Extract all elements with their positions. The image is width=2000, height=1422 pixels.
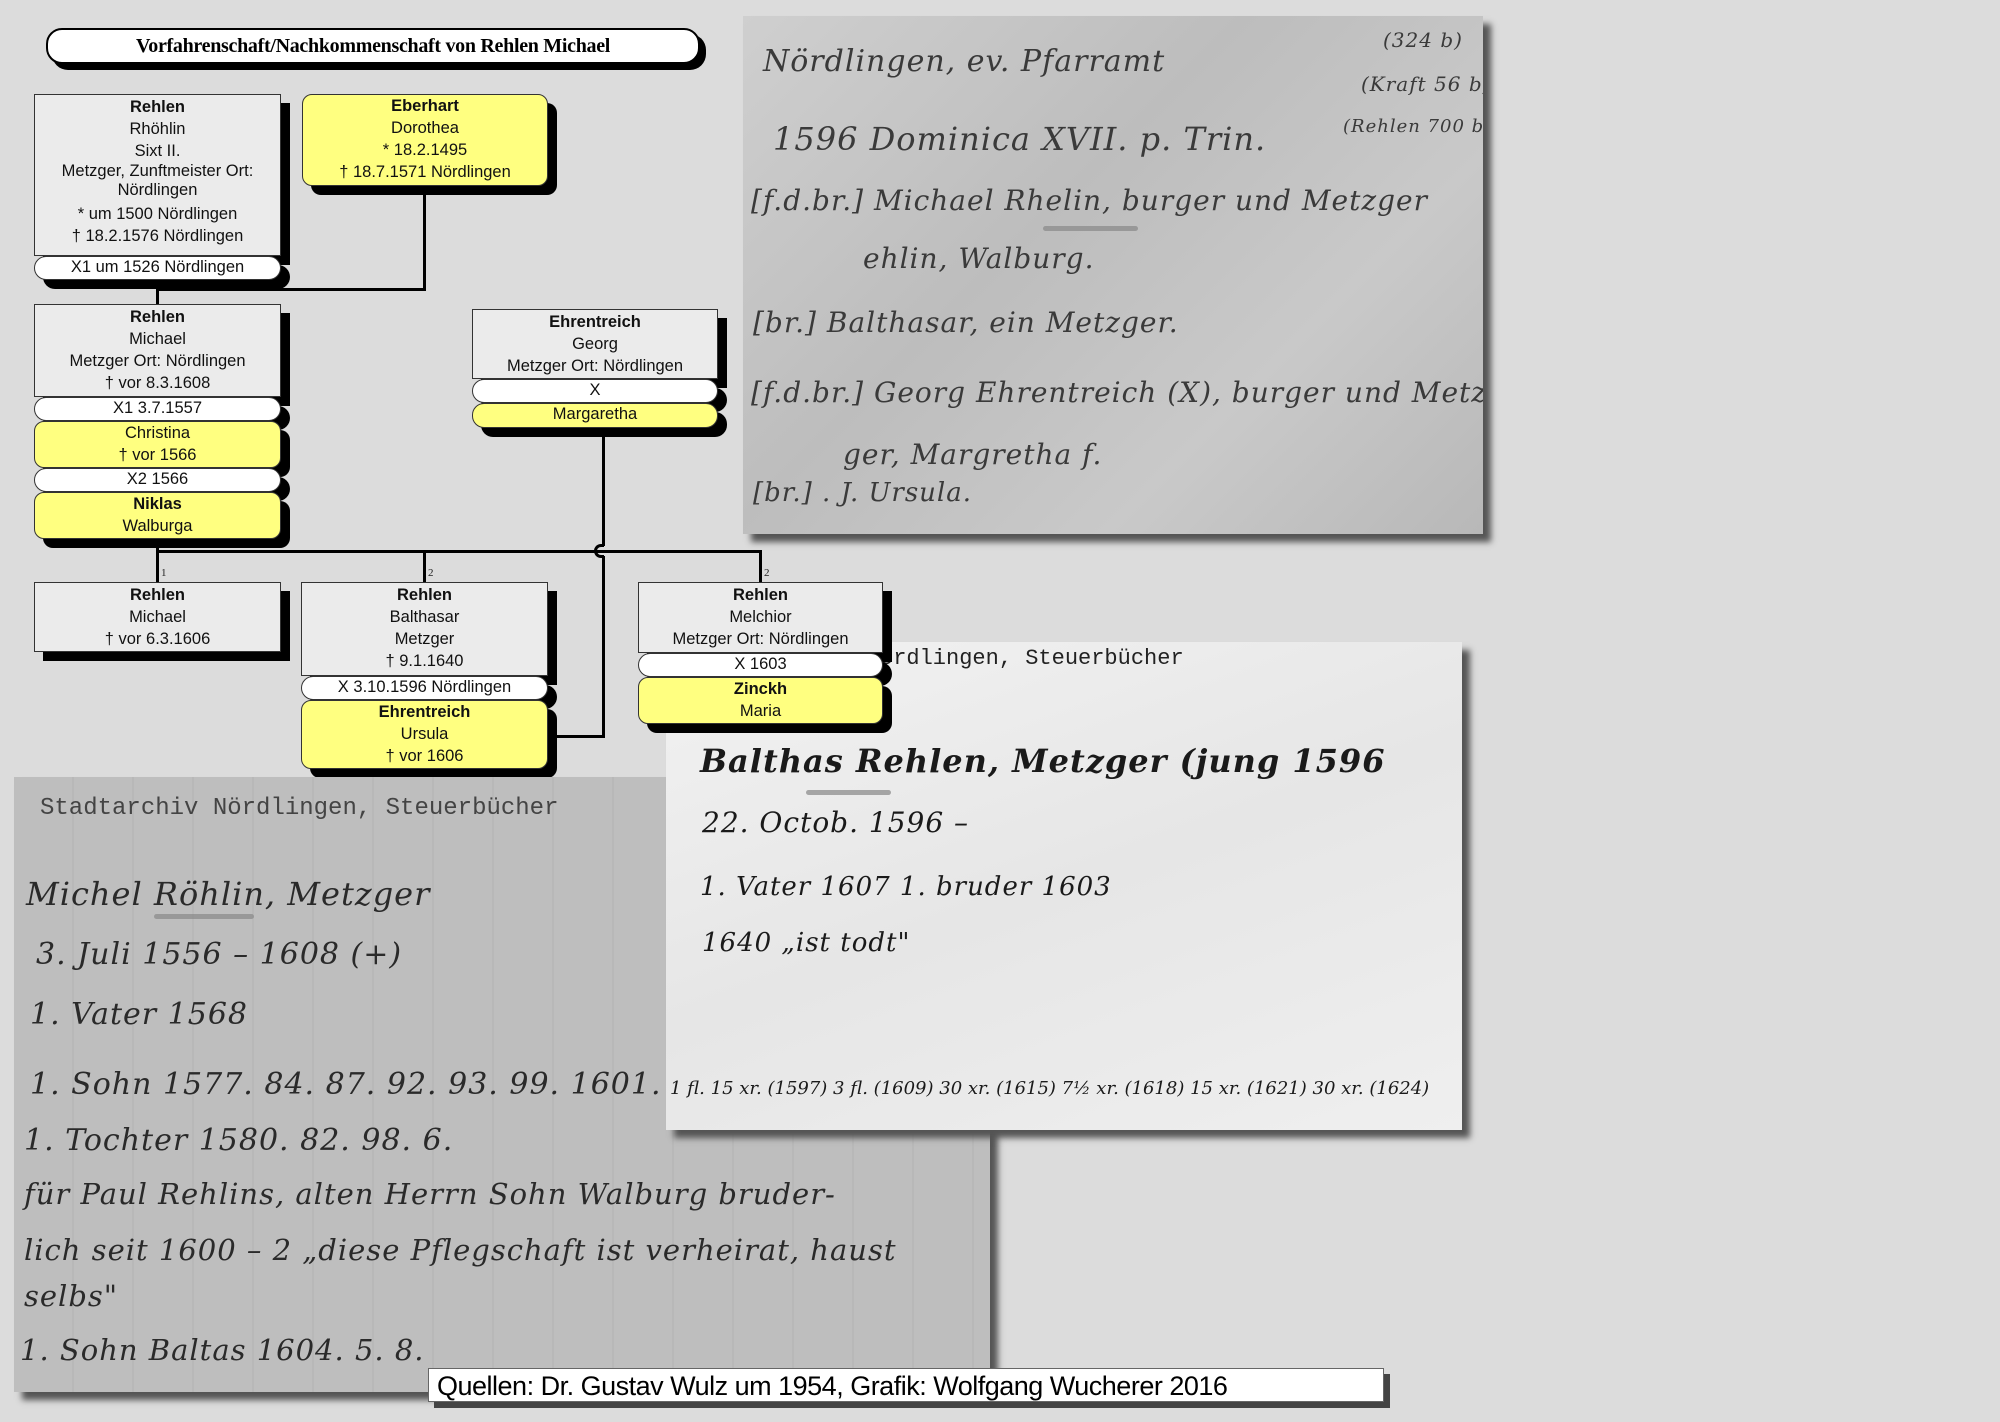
sibling-line [156,550,761,553]
birth-date: * um 1500 Nördlingen [35,203,280,225]
surname: Rehlen [302,584,547,606]
occupation: Metzger Ort: Nördlingen [35,350,280,372]
doc-line: [br.] . J. Ursula. [753,478,972,508]
connector-line [156,288,426,291]
surname: Ehrentreich [302,701,547,723]
given-name: Ursula [302,723,547,745]
doc-line: 1. Vater 1607 1. bruder 1603 [700,872,1112,902]
doc-line: 22. Octob. 1596 – [702,806,969,839]
marriage-badge: X1 um 1526 Nördlingen [34,256,281,280]
birth-date: * 18.2.1495 [303,139,547,161]
marriage-badge: X 3.10.1596 Nördlingen [301,676,548,700]
connector-line [602,428,605,546]
connector-line [548,735,605,738]
marriage-badge: X1 3.7.1557 [34,397,281,421]
child-number: 2 [764,567,770,579]
death-date: † vor 8.3.1608 [35,372,280,394]
underline-mark [1043,226,1138,231]
person-detail: Sixt II. [35,140,280,162]
given-name: Michael [35,328,280,350]
doc-footer-line: 1 fl. 15 xr. (1597) 3 fl. (1609) 30 xr. … [670,1078,1429,1099]
given-name: Walburga [35,515,280,537]
death-date: † 18.7.1571 Nördlingen [303,161,547,183]
person-card-main[interactable]: Rehlen Michael Metzger Ort: Nördlingen †… [34,304,281,397]
spouse-card-ursula[interactable]: Ehrentreich Ursula † vor 1606 [301,700,548,769]
doc-line: ger, Margretha f. [843,438,1102,471]
given-name: Rhöhlin [35,118,280,140]
person-card-child-balthasar[interactable]: Rehlen Balthasar Metzger † 9.1.1640 [301,582,548,676]
document-scan-parish-register: Nördlingen, ev. Pfarramt (324 b) (Kraft … [743,16,1483,534]
doc-line: 1596 Dominica XVII. p. Trin. [773,120,1266,158]
person-card-ehrentreich-georg[interactable]: Ehrentreich Georg Metzger Ort: Nördlinge… [472,309,718,379]
occupation: Metzger Ort: Nördlingen [639,628,882,650]
connector-line [423,186,426,291]
connector-line [156,539,159,582]
doc-reference: (324 b) [1383,28,1463,52]
doc-line: ehlin, Walburg. [863,242,1095,275]
given-name: Dorothea [303,117,547,139]
occupation: Metzger [302,628,547,650]
spouse-card-maria[interactable]: Zinckh Maria [638,677,883,724]
given-name: Christina [35,422,280,444]
surname: Rehlen [35,306,280,328]
connector-line [423,550,426,582]
occupation-place: Nördlingen [35,181,280,200]
doc-reference: (Rehlen 700 b) [1343,116,1483,137]
underline-mark [154,914,254,919]
diagram-title: Vorfahrenschaft/Nachkommenschaft von Reh… [46,28,700,64]
doc-line: [f.d.br.] Georg Ehrentreich (X), burger … [751,376,1483,409]
surname: Niklas [35,493,280,515]
doc-line: 1. Sohn Baltas 1604. 5. 8. [20,1333,425,1367]
doc-reference: (Kraft 56 b) [1361,72,1483,96]
surname: Zinckh [639,678,882,700]
given-name: Melchior [639,606,882,628]
given-name: Georg [473,333,717,355]
connector-line [602,556,605,738]
doc-line: [br.] Balthasar, ein Metzger. [753,306,1179,339]
occupation: Metzger Ort: Nördlingen [473,355,717,377]
occupation: Metzger, Zunftmeister Ort: [35,162,280,181]
given-name: Maria [639,700,882,722]
doc-line: 1. Tochter 1580. 82. 98. 6. [24,1123,453,1158]
spouse-card-christina[interactable]: Christina † vor 1566 [34,421,281,468]
marriage-badge: X 1603 [638,653,883,677]
line-hop [594,544,604,558]
doc-heading: ördlingen, Steuerbücher [880,646,1184,671]
child-number: 1 [161,567,167,579]
given-name: Michael [35,606,280,628]
doc-line: 1. Sohn 1577. 84. 87. 92. 93. 99. 1601. … [30,1067,703,1102]
spouse-card-walburga[interactable]: Niklas Walburga [34,492,281,539]
surname: Rehlen [639,584,882,606]
death-date: † 9.1.1640 [302,650,547,672]
doc-line: 1. Vater 1568 [30,997,248,1032]
child-number: 2 [428,567,434,579]
death-date: † vor 6.3.1606 [35,628,280,650]
marriage-badge: X [472,379,718,403]
surname: Rehlen [35,584,280,606]
person-card-grandfather[interactable]: Rehlen Rhöhlin Sixt II. Metzger, Zunftme… [34,94,281,256]
death-date: † 18.2.1576 Nördlingen [35,225,280,247]
doc-heading: Stadtarchiv Nördlingen, Steuerbücher [40,795,558,822]
doc-line: Michel Röhlin, Metzger [26,875,430,913]
doc-line: selbs" [24,1279,118,1313]
person-card-child-michael[interactable]: Rehlen Michael † vor 6.3.1606 [34,582,281,652]
spouse-card-margaretha[interactable]: Margaretha [472,403,718,428]
surname: Rehlen [35,96,280,118]
doc-line: Balthas Rehlen, Metzger (jung 1596 [700,742,1385,780]
given-name: Balthasar [302,606,547,628]
doc-line: 3. Juli 1556 – 1608 (+) [36,937,402,972]
connector-line [156,281,159,304]
surname: Ehrentreich [473,311,717,333]
source-caption: Quellen: Dr. Gustav Wulz um 1954, Grafik… [428,1368,1384,1402]
doc-line: für Paul Rehlins, alten Herrn Sohn Walbu… [24,1177,836,1211]
connector-line [759,550,762,582]
doc-heading: Nördlingen, ev. Pfarramt [763,44,1165,79]
underline-mark [806,790,891,795]
death-date: † vor 1606 [302,745,547,767]
marriage-badge: X2 1566 [34,468,281,492]
death-date: † vor 1566 [35,444,280,466]
doc-line: 1640 „ist todt" [702,928,910,958]
person-card-child-melchior[interactable]: Rehlen Melchior Metzger Ort: Nördlingen [638,582,883,653]
doc-line: [f.d.br.] Michael Rhelin, burger und Met… [751,184,1428,217]
person-card-grandmother[interactable]: Eberhart Dorothea * 18.2.1495 † 18.7.157… [302,94,548,186]
doc-line: lich seit 1600 – 2 „diese Pflegschaft is… [24,1233,897,1267]
surname: Eberhart [303,95,547,117]
